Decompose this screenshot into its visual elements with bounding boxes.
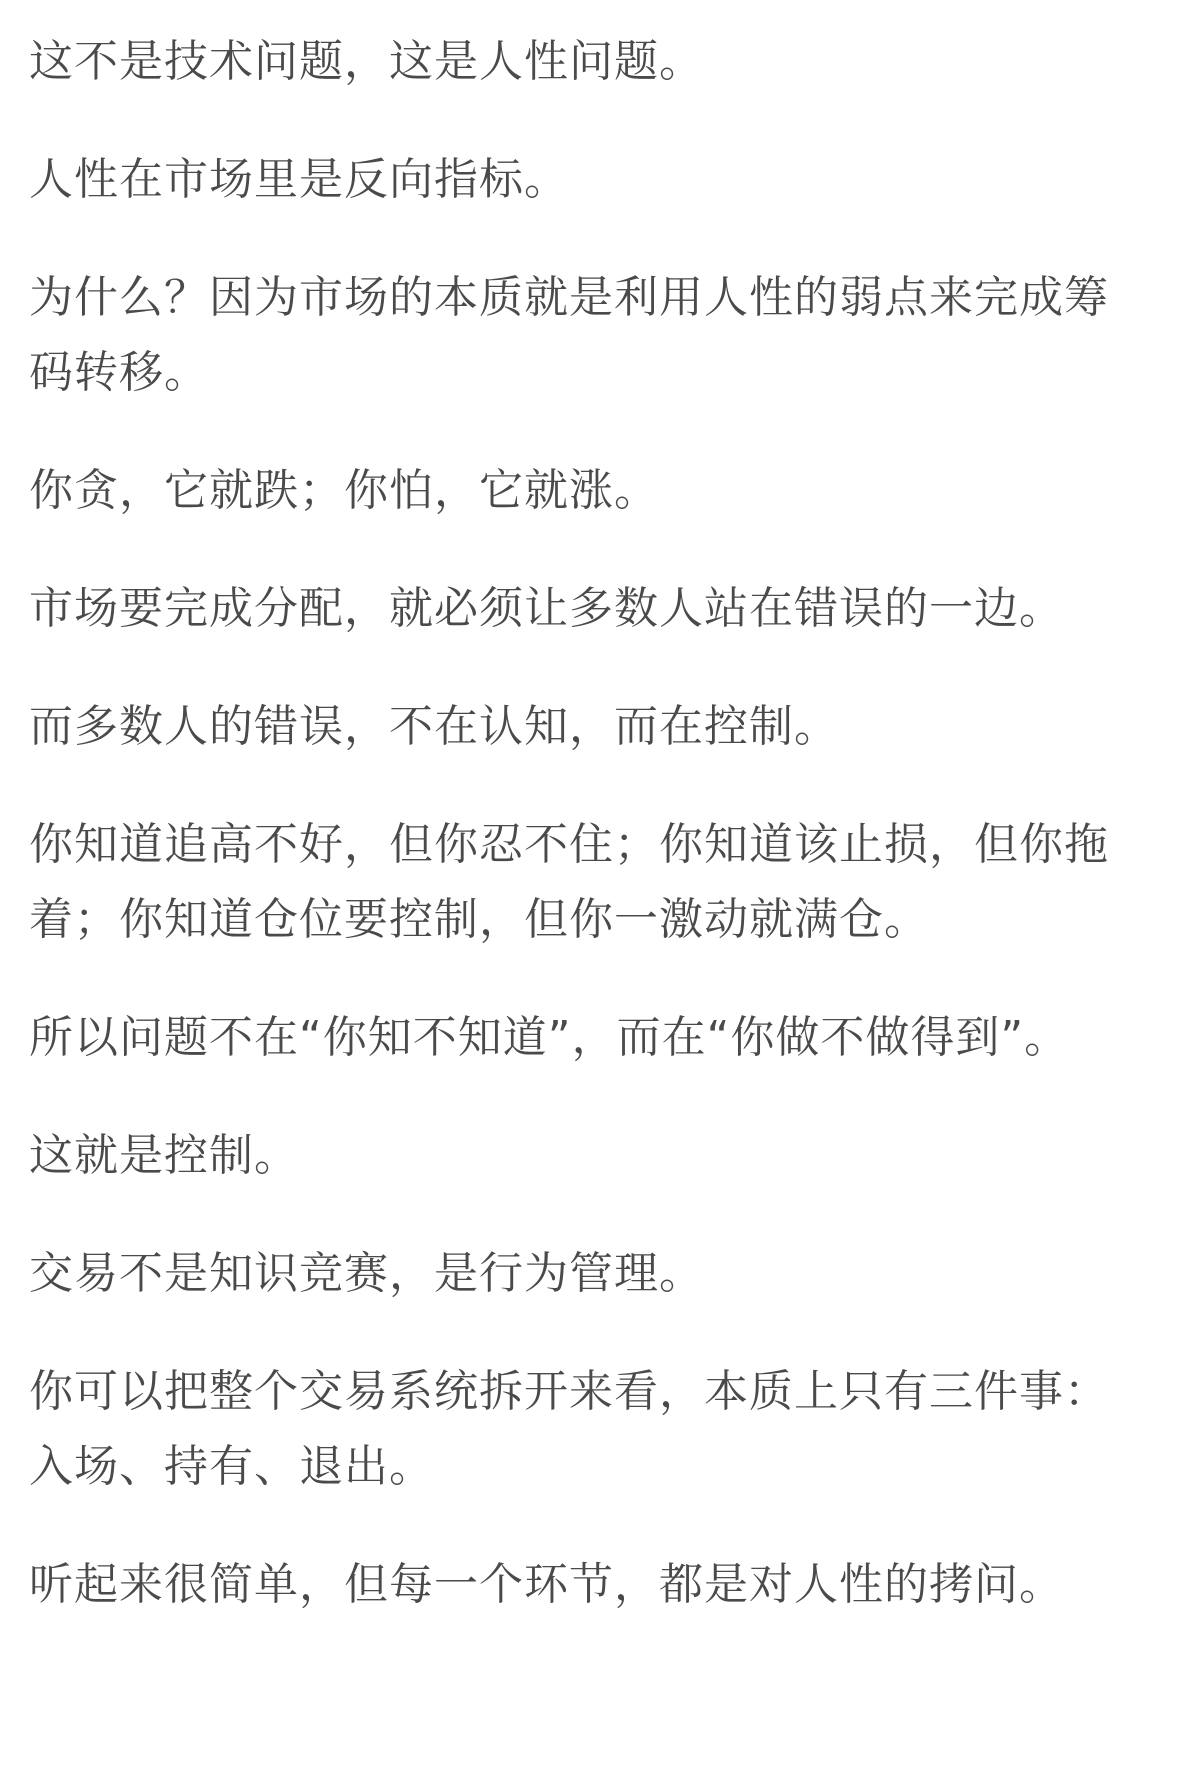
paragraph: 你可以把整个交易系统拆开来看，本质上只有三件事：入场、持有、退出。	[29, 1354, 1125, 1504]
paragraph: 为什么？因为市场的本质就是利用人性的弱点来完成筹码转移。	[29, 260, 1125, 410]
paragraph: 听起来很简单，但每一个环节，都是对人性的拷问。	[29, 1547, 1125, 1622]
paragraph: 你知道追高不好，但你忍不住；你知道该止损，但你拖着；你知道仓位要控制，但你一激动…	[29, 807, 1125, 957]
paragraph: 这就是控制。	[29, 1118, 1125, 1193]
paragraph: 交易不是知识竞赛，是行为管理。	[29, 1236, 1125, 1311]
article-body: 这不是技术问题，这是人性问题。 人性在市场里是反向指标。 为什么？因为市场的本质…	[0, 0, 1125, 1622]
paragraph: 市场要完成分配，就必须让多数人站在错误的一边。	[29, 571, 1125, 646]
paragraph: 人性在市场里是反向指标。	[29, 142, 1125, 217]
paragraph: 你贪，它就跌；你怕，它就涨。	[29, 453, 1125, 528]
paragraph: 而多数人的错误，不在认知，而在控制。	[29, 689, 1125, 764]
paragraph: 所以问题不在“你知不知道”，而在“你做不做得到”。	[29, 1000, 1125, 1075]
paragraph: 这不是技术问题，这是人性问题。	[29, 24, 1125, 99]
